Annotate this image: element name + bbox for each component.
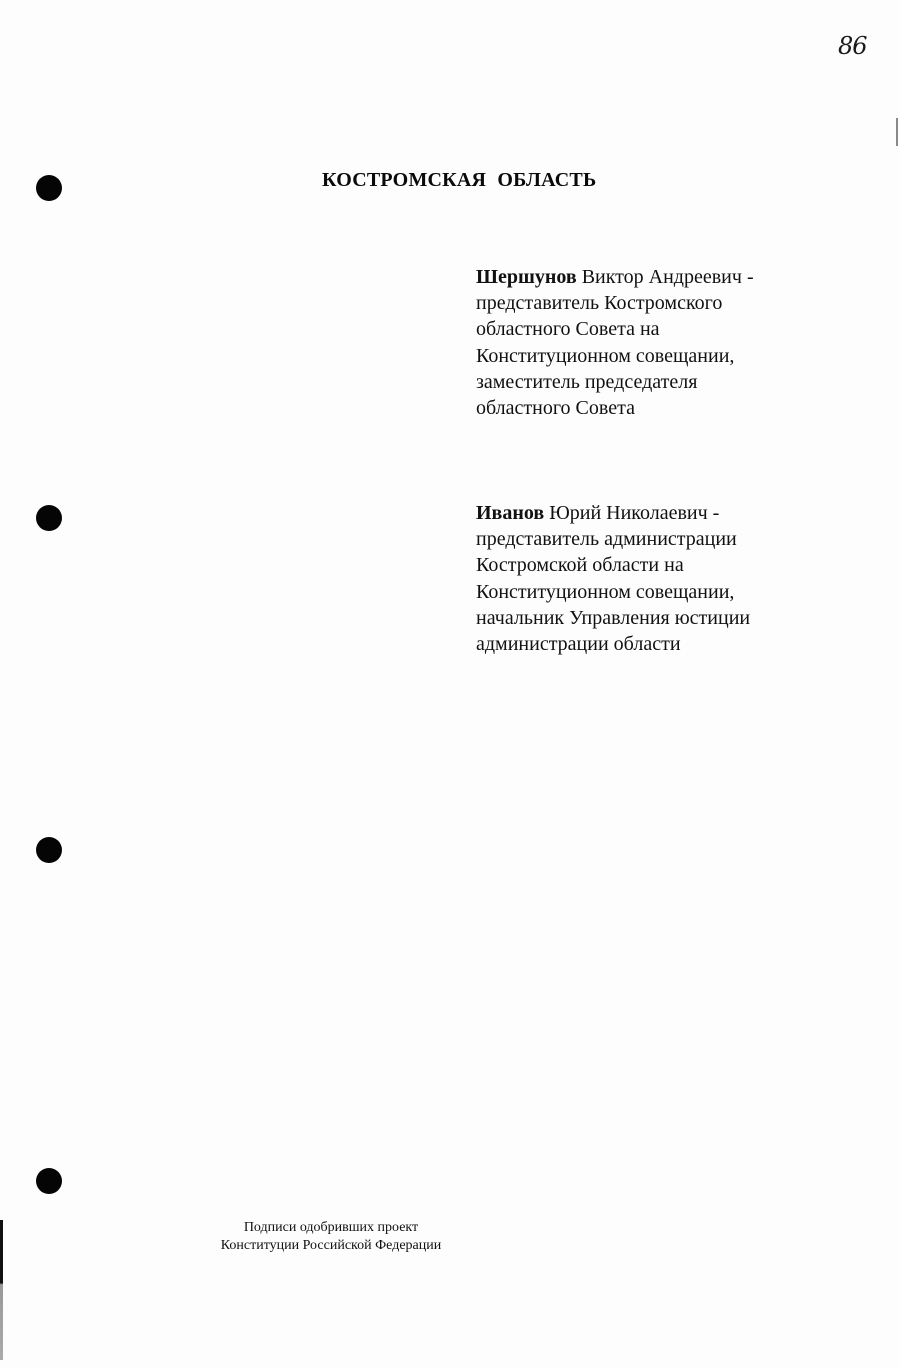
signatory-description-line: Конституционном совещании, [476, 343, 806, 369]
signatory-given-names: Виктор Андреевич - [577, 266, 754, 288]
page-footer: Подписи одобривших проект Конституции Ро… [180, 1219, 482, 1255]
signatory-given-names: Юрий Николаевич - [544, 502, 719, 524]
punch-hole-icon [36, 837, 62, 863]
footer-line: Подписи одобривших проект [180, 1219, 482, 1237]
punch-hole-icon [36, 1168, 62, 1194]
punch-hole-icon [36, 175, 62, 201]
signatory-description-line: представитель Костромского [476, 290, 806, 316]
signatory-description-line: представитель администрации [476, 526, 806, 552]
signatory-description-line: администрации области [476, 631, 806, 657]
handwritten-page-number: 86 [838, 32, 867, 60]
signatory-surname: Шершунов [476, 266, 577, 288]
signatory-description-line: заместитель председателя [476, 369, 806, 395]
signatory-description-line: начальник Управления юстиции [476, 605, 806, 631]
footer-line: Конституции Российской Федерации [180, 1237, 482, 1255]
scan-edge-mark [896, 118, 898, 146]
punch-hole-icon [36, 505, 62, 531]
document-page: 86 КОСТРОМСКАЯ ОБЛАСТЬ Шершунов Виктор А… [0, 0, 900, 1368]
signatory-surname: Иванов [476, 502, 544, 524]
signatory-description-line: Костромской области на [476, 552, 806, 578]
signatory-entry: Иванов Юрий Николаевич - представитель а… [476, 500, 806, 657]
binding-edge [0, 1220, 3, 1360]
signatory-entry: Шершунов Виктор Андреевич - представител… [476, 264, 806, 421]
signatory-description-line: Конституционном совещании, [476, 579, 806, 605]
signatory-name-line: Шершунов Виктор Андреевич - [476, 264, 806, 290]
signatory-description-line: областного Совета на [476, 316, 806, 342]
signatory-name-line: Иванов Юрий Николаевич - [476, 500, 806, 526]
region-title: КОСТРОМСКАЯ ОБЛАСТЬ [322, 169, 596, 192]
signatory-description-line: областного Совета [476, 395, 806, 421]
